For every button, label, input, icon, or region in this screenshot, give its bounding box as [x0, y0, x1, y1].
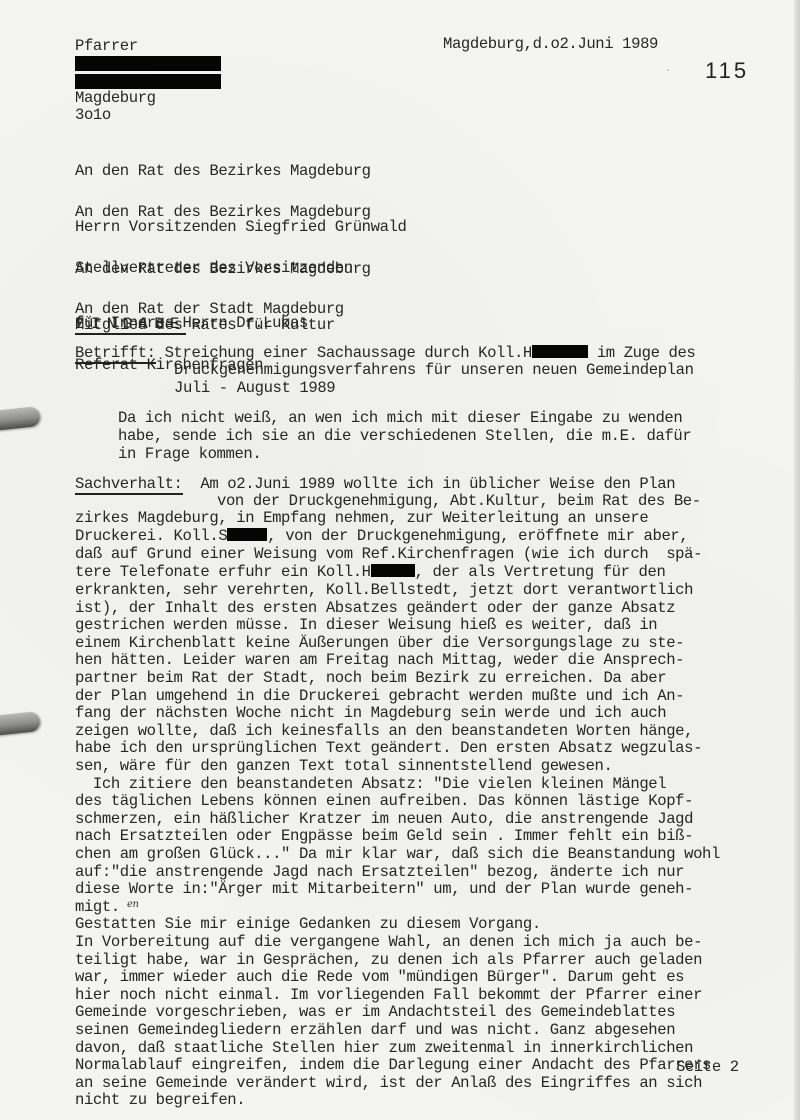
body-line: hier noch nicht einmal. Im vorliegenden … — [75, 986, 702, 1005]
page-footer: Seite 2 — [676, 1058, 739, 1076]
body-line: diese Worte in:"Ärger mit Mitarbeitern" … — [75, 880, 693, 899]
body-line: teiligt habe, war in Gesprächen, zu dene… — [75, 951, 702, 970]
subject-label: Betrifft: — [75, 344, 156, 364]
body-line: an seine Gemeinde verändert wird, ist de… — [75, 1074, 702, 1093]
sender-title: Pfarrer — [75, 37, 138, 55]
redacted-name — [227, 528, 267, 541]
body-line: einem Kirchenblatt keine Äußerungen über… — [75, 634, 684, 653]
facts-line: zirkes Magdeburg, in Empfang nehmen, zur… — [75, 509, 648, 528]
body-line: nicht zu begreifen. — [75, 1091, 245, 1110]
recipient-line: An den Rat des Bezirkes Magdeburg — [75, 203, 371, 222]
body-line: der Plan umgehend in die Druckerei gebra… — [75, 687, 684, 706]
body-line: Ich zitiere den beanstandeten Absatz: "D… — [75, 775, 666, 794]
body-line: zeigen wollte, daß ich keinesfalls an de… — [75, 722, 693, 741]
redacted-sender-name — [75, 56, 221, 71]
body-line: nach Ersatzteilen oder Engpässe beim Gel… — [75, 827, 693, 846]
facts-line: daß auf Grund einer Weisung vom Ref.Kirc… — [75, 545, 702, 564]
body-line: hen hätten. Leider waren am Freitag nach… — [75, 651, 684, 670]
date-line: Magdeburg,d.o2.Juni 1989 — [443, 35, 658, 53]
intro-line: in Frage kommen. — [118, 445, 261, 464]
punch-hole — [0, 406, 41, 432]
body-line: gestrichen werden müsse. In dieser Weisu… — [75, 616, 657, 635]
redacted-name — [371, 564, 415, 577]
subject-line: Juli - August 1989 — [174, 379, 335, 398]
redacted-name — [532, 345, 588, 358]
body-line: fang der nächsten Woche nicht in Magdebu… — [75, 704, 666, 723]
body-line: migt. — [75, 898, 120, 917]
body-line: auf:"die anstrengende Jagd nach Ersatzte… — [75, 863, 684, 882]
body-line: davon, daß staatliche Stellen hier zum z… — [75, 1039, 693, 1058]
body-line: erkrankten, sehr verehrten, Koll.Bellste… — [75, 581, 693, 600]
body-line: schmerzen, ein häßlicher Kratzer im neue… — [75, 810, 693, 829]
body-line: Gestatten Sie mir einige Gedanken zu die… — [75, 915, 541, 934]
body-line: war, immer wieder auch die Rede vom "mün… — [75, 968, 684, 987]
body-line: des täglichen Lebens können einen aufrei… — [75, 792, 693, 811]
body-line: habe ich den ursprünglichen Text geänder… — [75, 739, 702, 758]
body-line: seinen Gemeindegliedern erzählen darf un… — [75, 1021, 675, 1040]
archive-page-number: 115 — [705, 58, 749, 84]
body-line: In Vorbereitung auf die vergangene Wahl,… — [75, 933, 702, 952]
punch-hole — [0, 711, 41, 737]
facts-line: tere Telefonate erfuhr ein Koll.H, der a… — [75, 563, 665, 582]
body-line: chen am großen Glück..." Da mir klar war… — [75, 845, 720, 864]
intro-line: habe, sende ich sie an die verschiedenen… — [118, 427, 691, 446]
body-line: Gemeinde vorgeschrieben, was er im Andac… — [75, 1003, 675, 1022]
sender-postal-code: 3o1o — [75, 106, 111, 124]
facts-line: Druckerei. Koll.S, von der Druckgenehmig… — [75, 527, 688, 546]
body-line: sen, wäre für den ganzen Text total sinn… — [75, 757, 612, 776]
body-line: partner beim Rat der Stadt, noch beim Be… — [75, 669, 666, 688]
body-line: Normalablauf eingreifen, indem die Darle… — [75, 1056, 711, 1075]
sender-city: Magdeburg — [75, 89, 156, 107]
page-edge-shadow — [794, 0, 800, 1120]
redacted-sender-address — [75, 74, 221, 89]
body-line: ist), der Inhalt des ersten Absatzes geä… — [75, 599, 675, 618]
handwritten-correction: en — [127, 899, 139, 910]
document-heading: EINGABE — [75, 316, 186, 335]
intro-line: Da ich nicht weiß, an wen ich mich mit d… — [118, 409, 682, 428]
subject-line: Druckgenehmigungsverfahrens für unseren … — [174, 361, 694, 380]
pencil-mark: ˌ — [665, 62, 671, 73]
scanned-letter-page: Pfarrer Magdeburg 3o1o Magdeburg,d.o2.Ju… — [0, 0, 800, 1120]
facts-label: Sachverhalt: — [75, 475, 183, 495]
